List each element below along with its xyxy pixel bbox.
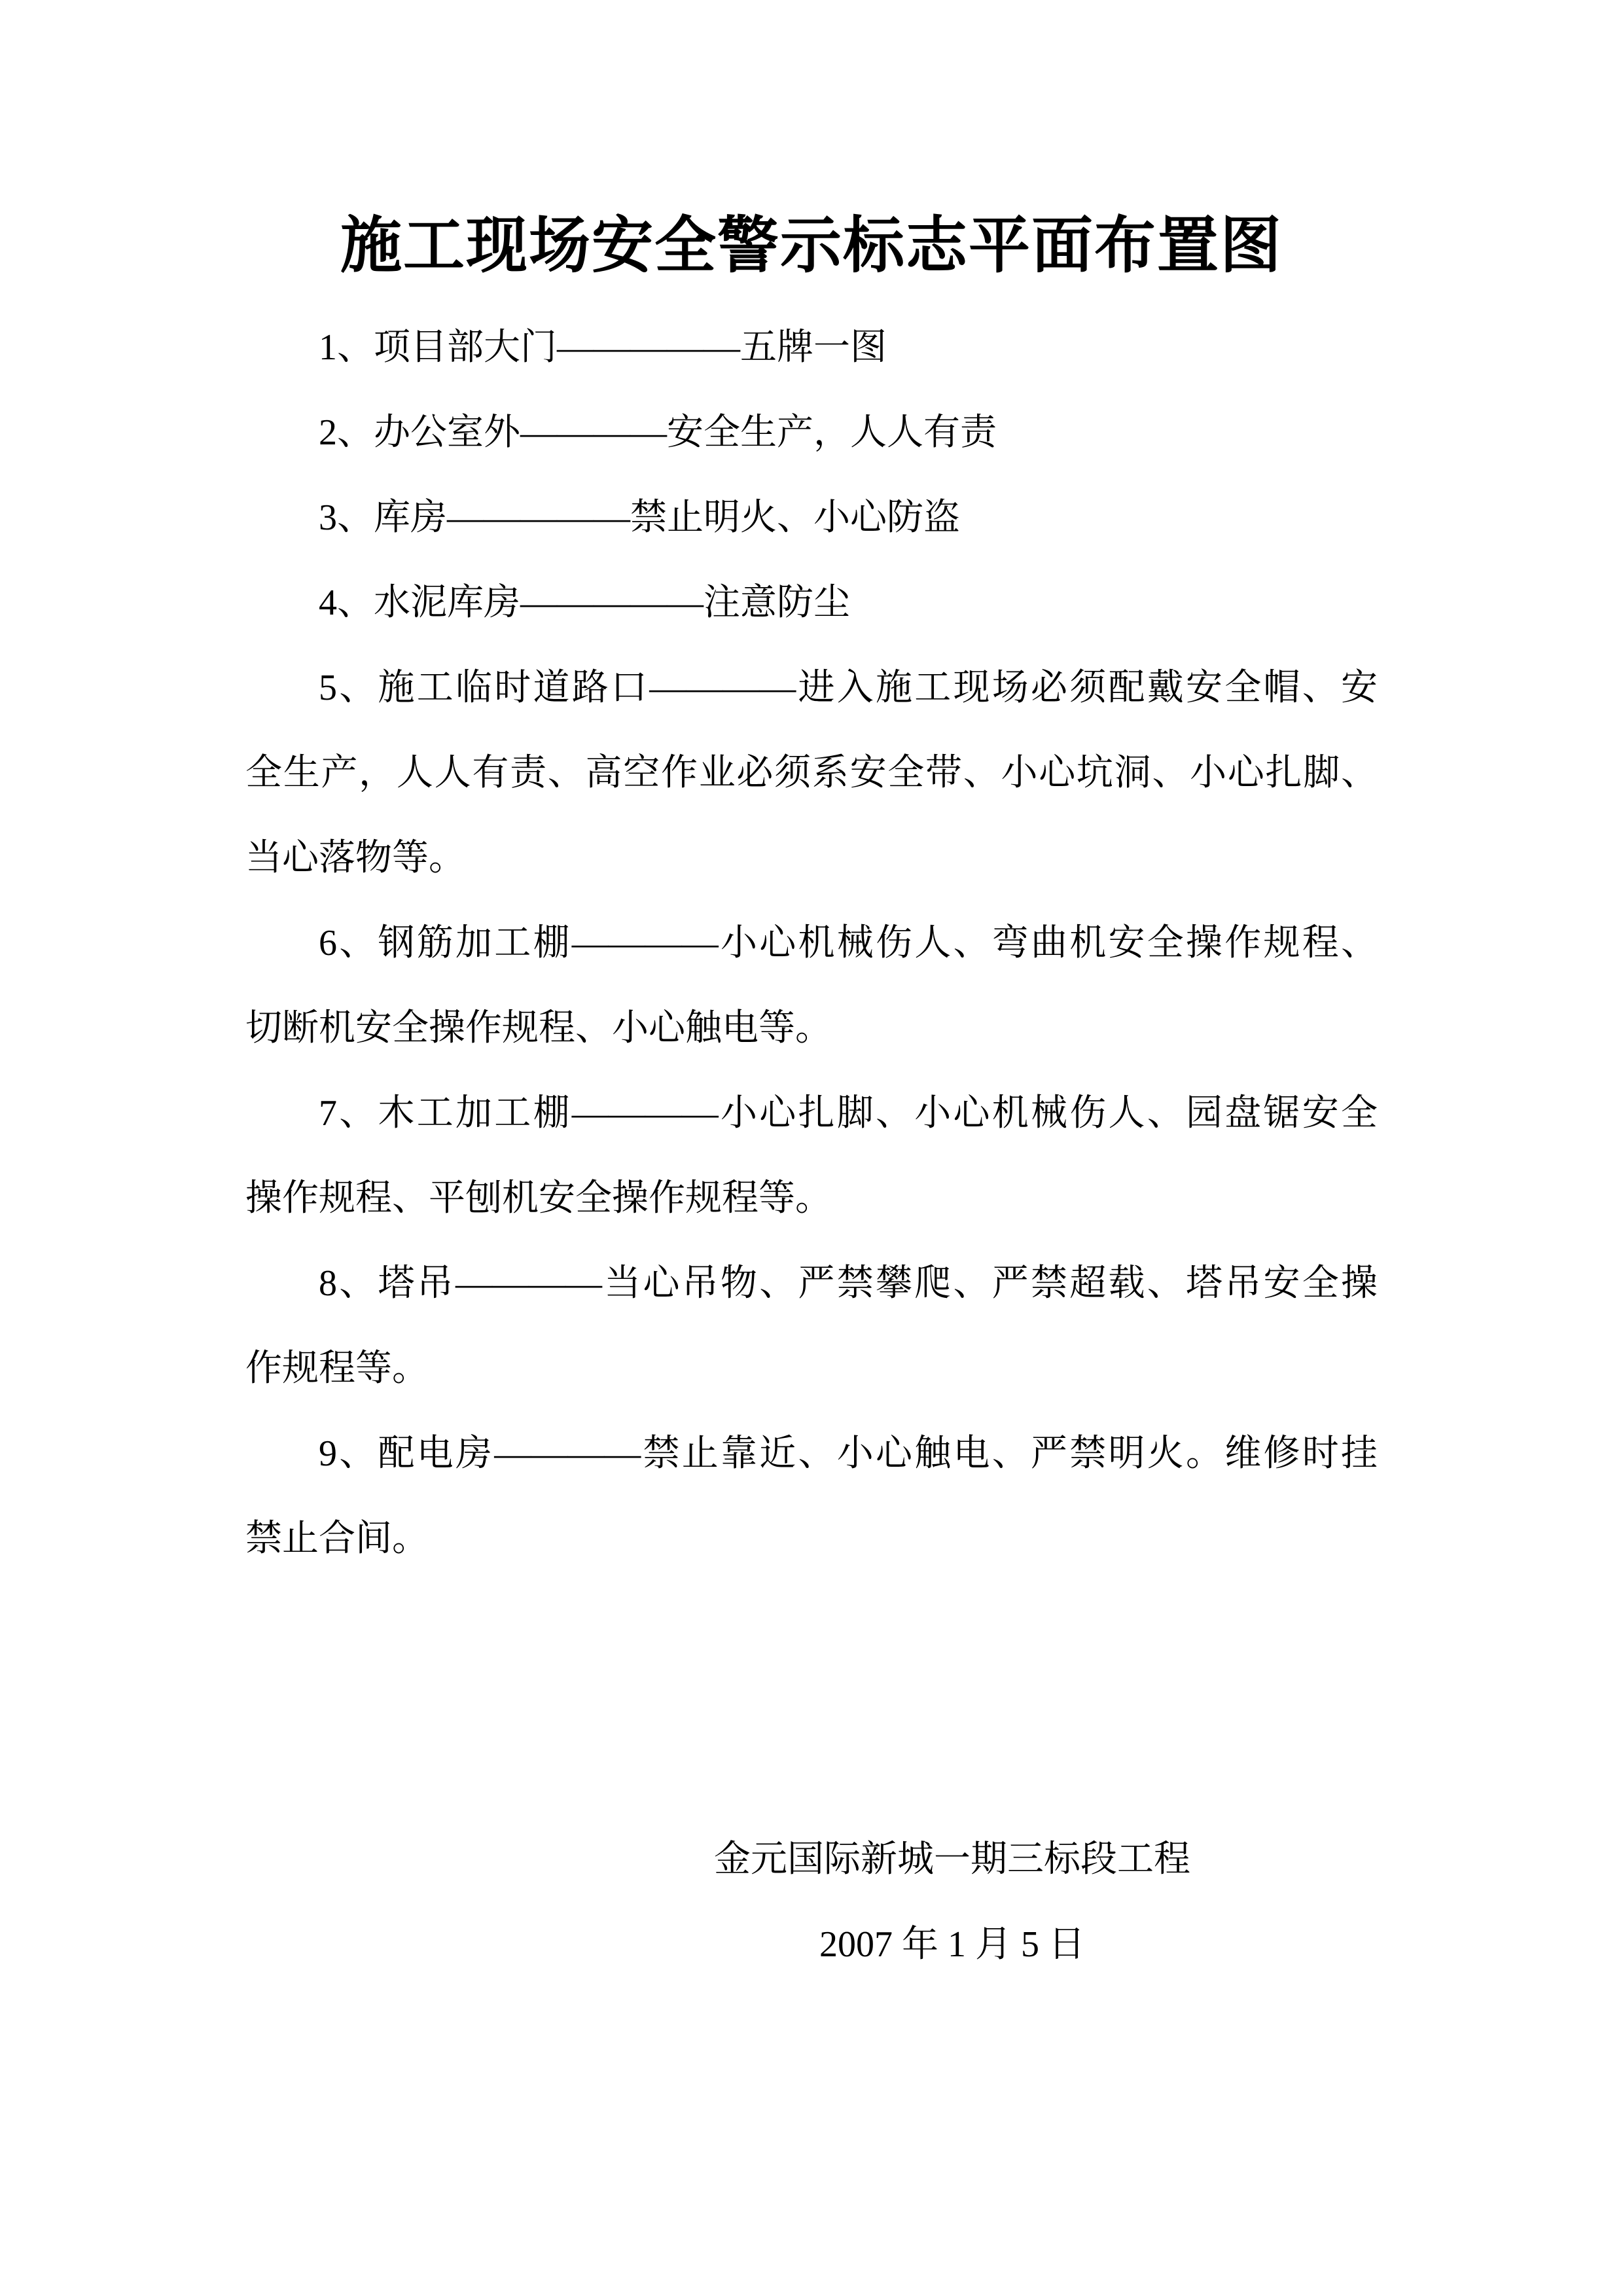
document-title: 施工现场安全警示标志平面布置图 xyxy=(245,196,1378,296)
list-item-1: 1、项目部大门—————五牌一图 xyxy=(245,305,1378,390)
signature-block: 金元国际新城一期三标段工程 2007 年 1 月 5 日 xyxy=(704,1817,1201,1987)
list-item-3: 3、库房—————禁止明火、小心防盗 xyxy=(245,475,1378,560)
document-page: 施工现场安全警示标志平面布置图 1、项目部大门—————五牌一图 2、办公室外—… xyxy=(0,0,1623,2296)
list-item-4: 4、水泥库房—————注意防尘 xyxy=(245,560,1378,645)
footer-date: 2007 年 1 月 5 日 xyxy=(704,1902,1201,1987)
list-item-5-line-2: 全生产，人人有责、高空作业必须系安全带、小心坑洞、小心扎脚、 xyxy=(245,730,1378,816)
list-item-9-line-1: 9、配电房————禁止靠近、小心触电、严禁明火。维修时挂 xyxy=(245,1411,1378,1496)
list-item-8-line-2: 作规程等。 xyxy=(245,1326,1378,1411)
list-item-2: 2、办公室外————安全生产，人人有责 xyxy=(245,390,1378,475)
footer-project-name: 金元国际新城一期三标段工程 xyxy=(704,1817,1201,1902)
numbered-list: 1、项目部大门—————五牌一图 2、办公室外————安全生产，人人有责 3、库… xyxy=(245,305,1378,1581)
list-item-6-line-1: 6、钢筋加工棚————小心机械伤人、弯曲机安全操作规程、 xyxy=(245,901,1378,986)
list-item-5-line-3: 当心落物等。 xyxy=(245,816,1378,901)
list-item-7-line-2: 操作规程、平刨机安全操作规程等。 xyxy=(245,1156,1378,1241)
list-item-7-line-1: 7、木工加工棚————小心扎脚、小心机械伤人、园盘锯安全 xyxy=(245,1071,1378,1156)
list-item-9-line-2: 禁止合间。 xyxy=(245,1496,1378,1581)
list-item-6-line-2: 切断机安全操作规程、小心触电等。 xyxy=(245,986,1378,1071)
list-item-5-line-1: 5、施工临时道路口————进入施工现场必须配戴安全帽、安 xyxy=(245,645,1378,730)
list-item-8-line-1: 8、塔吊————当心吊物、严禁攀爬、严禁超载、塔吊安全操 xyxy=(245,1241,1378,1326)
